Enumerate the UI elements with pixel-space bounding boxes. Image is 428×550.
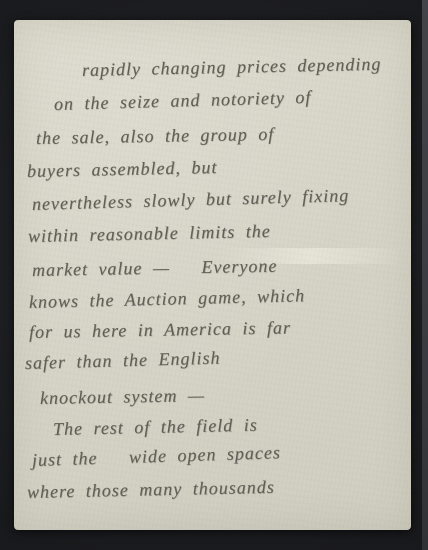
scanned-letter: rapidly changing prices dependingon the … xyxy=(0,0,428,550)
handwritten-line: just the wide open spaces xyxy=(32,442,282,471)
handwritten-line: the sale, also the group of xyxy=(36,124,275,149)
scan-right-edge xyxy=(422,0,428,550)
handwritten-line: for us here in America is far xyxy=(29,317,291,343)
handwritten-line: within reasonable limits the xyxy=(28,221,271,247)
handwritten-line: rapidly changing prices depending xyxy=(82,54,382,81)
handwritten-line: knows the Auction game, which xyxy=(29,285,306,313)
letter-paper: rapidly changing prices dependingon the … xyxy=(14,20,411,530)
handwritten-line: nevertheless slowly but surely fixing xyxy=(32,185,350,215)
handwritten-line: The rest of the field is xyxy=(53,415,258,440)
handwritten-line: buyers assembled, but xyxy=(27,157,218,182)
handwritten-line: safer than the English xyxy=(25,348,221,374)
handwritten-line: knockout system — xyxy=(40,385,205,409)
handwritten-line: market value — Everyone xyxy=(32,256,278,281)
handwritten-line: where those many thousands xyxy=(27,477,275,503)
handwritten-line: on the seize and notoriety of xyxy=(54,87,312,115)
